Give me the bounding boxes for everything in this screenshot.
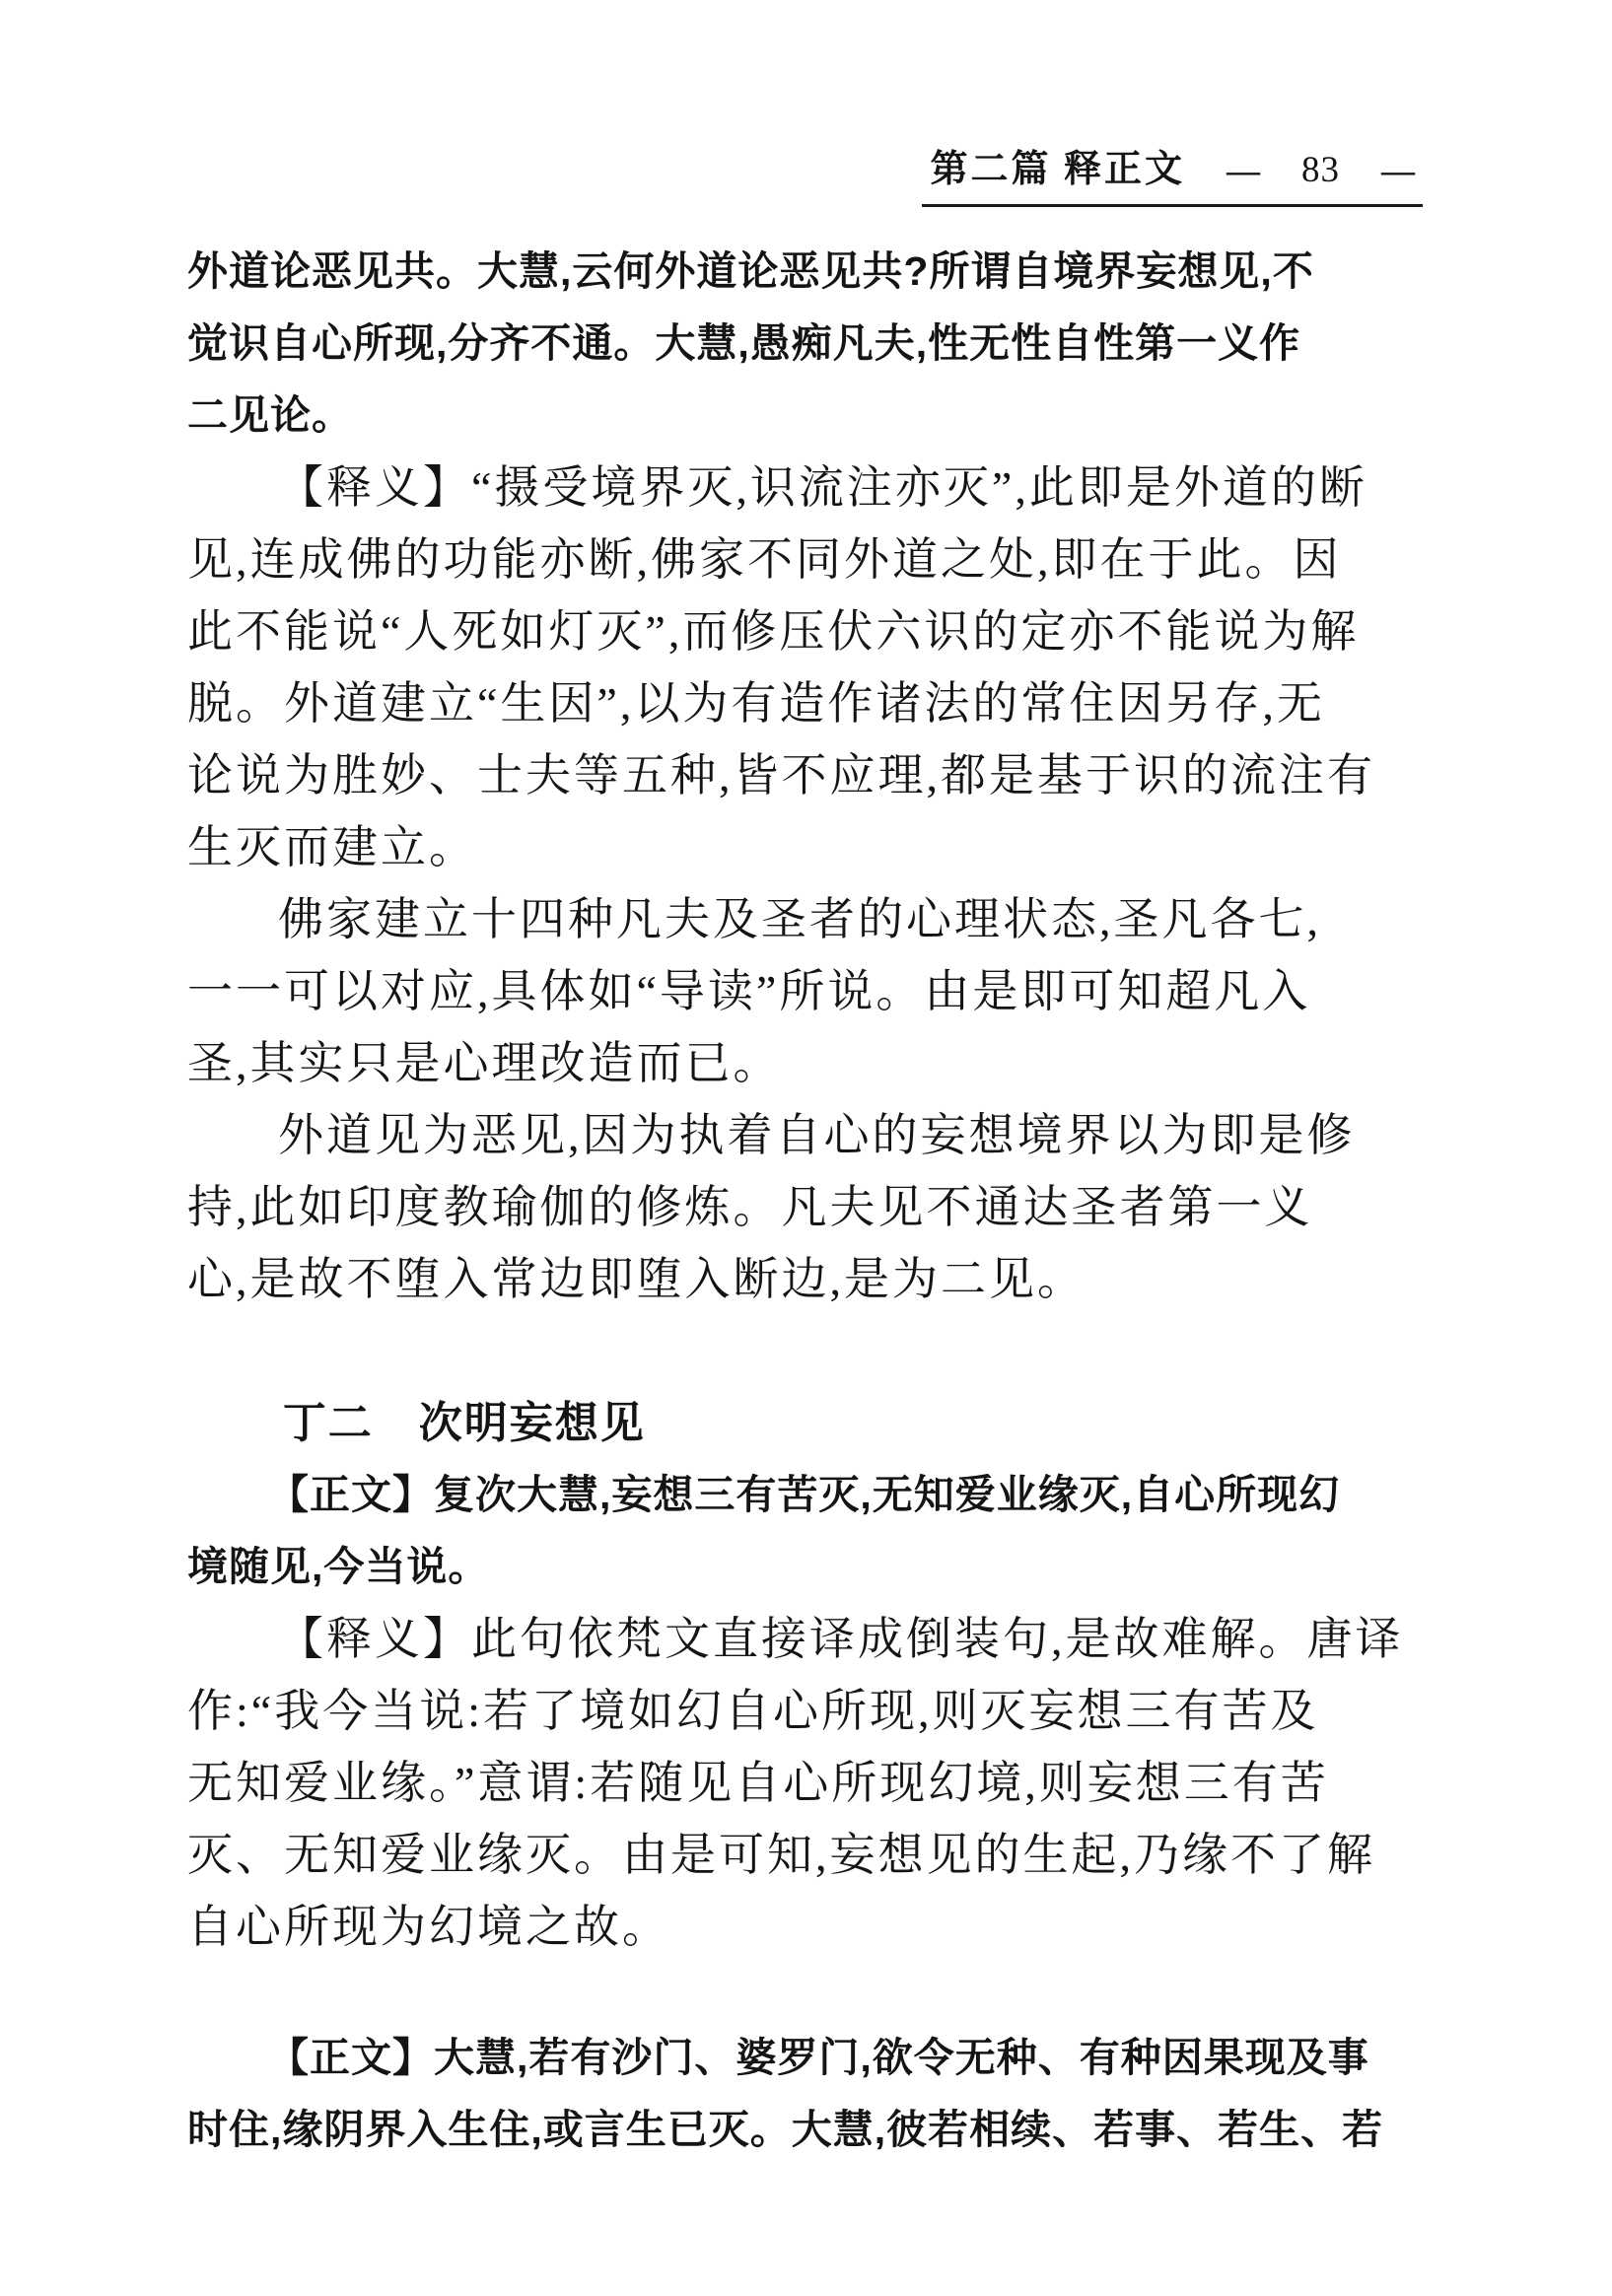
text-line: 二见论。	[187, 380, 1469, 452]
text-line: 【释义】此句依梵文直接译成倒装句,是故难解。唐译	[187, 1603, 1469, 1675]
page-number: 83	[1301, 149, 1340, 191]
text-line: 此不能说“人死如灯灭”,而修压伏六识的定亦不能说为解	[187, 595, 1469, 667]
scripture-paragraph-continued: 外道论恶见共。大慧,云何外道论恶见共?所谓自境界妄想见,不觉识自心所现,分齐不通…	[187, 236, 1469, 452]
commentary-paragraph-4: 【释义】此句依梵文直接译成倒装句,是故难解。唐译作:“我今当说:若了境如幻自心所…	[187, 1603, 1469, 1963]
text-line: 境随见,今当说。	[187, 1531, 1469, 1603]
text-line: 外道见为恶见,因为执着自心的妄想境界以为即是修	[187, 1099, 1469, 1171]
text-line: 一一可以对应,具体如“导读”所说。由是即可知超凡入	[187, 955, 1469, 1027]
text-line: 自心所现为幻境之故。	[187, 1891, 1469, 1963]
text-line: 【正文】大慧,若有沙门、婆罗门,欲令无种、有种因果现及事	[187, 2022, 1469, 2094]
commentary-paragraph-1: 【释义】“摄受境界灭,识流注亦灭”,此即是外道的断见,连成佛的功能亦断,佛家不同…	[187, 452, 1469, 883]
text-line: 灭、无知爱业缘灭。由是可知,妄想见的生起,乃缘不了解	[187, 1819, 1469, 1891]
text-line: 无知爱业缘。”意谓:若随见自心所现幻境,则妄想三有苦	[187, 1747, 1469, 1819]
text-line: 时住,缘阴界入生住,或言生已灭。大慧,彼若相续、若事、若生、若	[187, 2094, 1469, 2166]
text-line: 论说为胜妙、士夫等五种,皆不应理,都是基于识的流注有	[187, 739, 1469, 811]
text-line: 【释义】“摄受境界灭,识流注亦灭”,此即是外道的断	[187, 452, 1469, 523]
text-line: 生灭而建立。	[187, 811, 1469, 883]
text-line: 圣,其实只是心理改造而已。	[187, 1027, 1469, 1099]
text-line: 见,连成佛的功能亦断,佛家不同外道之处,即在于此。因	[187, 523, 1469, 595]
running-head: 第二篇 释正文 — 83 —	[922, 138, 1423, 207]
commentary-paragraph-3: 外道见为恶见,因为执着自心的妄想境界以为即是修持,此如印度教瑜伽的修炼。凡夫见不…	[187, 1099, 1469, 1315]
text-line: 持,此如印度教瑜伽的修炼。凡夫见不通达圣者第一义	[187, 1171, 1469, 1243]
text-line: 心,是故不堕入常边即堕入断边,是为二见。	[187, 1243, 1469, 1315]
section-heading: 丁二 次明妄想见	[187, 1387, 1469, 1459]
dash-right: —	[1381, 153, 1415, 190]
text-body: 外道论恶见共。大慧,云何外道论恶见共?所谓自境界妄想见,不觉识自心所现,分齐不通…	[187, 236, 1469, 2166]
commentary-paragraph-2: 佛家建立十四种凡夫及圣者的心理状态,圣凡各七,一一可以对应,具体如“导读”所说。…	[187, 883, 1469, 1099]
text-line: 佛家建立十四种凡夫及圣者的心理状态,圣凡各七,	[187, 883, 1469, 955]
scripture-paragraph-3: 【正文】大慧,若有沙门、婆罗门,欲令无种、有种因果现及事时住,缘阴界入生住,或言…	[187, 2022, 1469, 2166]
dash-left: —	[1227, 153, 1260, 190]
book-page: 第二篇 释正文 — 83 — 外道论恶见共。大慧,云何外道论恶见共?所谓自境界妄…	[0, 0, 1612, 2296]
text-line: 作:“我今当说:若了境如幻自心所现,则灭妄想三有苦及	[187, 1675, 1469, 1747]
text-line: 【正文】复次大慧,妄想三有苦灭,无知爱业缘灭,自心所现幻	[187, 1459, 1469, 1531]
section-title: 第二篇 释正文	[930, 138, 1185, 192]
scripture-paragraph-2: 【正文】复次大慧,妄想三有苦灭,无知爱业缘灭,自心所现幻境随见,今当说。	[187, 1459, 1469, 1603]
text-line: 脱。外道建立“生因”,以为有造作诸法的常住因另存,无	[187, 667, 1469, 739]
text-line: 外道论恶见共。大慧,云何外道论恶见共?所谓自境界妄想见,不	[187, 236, 1469, 308]
text-line: 觉识自心所现,分齐不通。大慧,愚痴凡夫,性无性自性第一义作	[187, 308, 1469, 380]
